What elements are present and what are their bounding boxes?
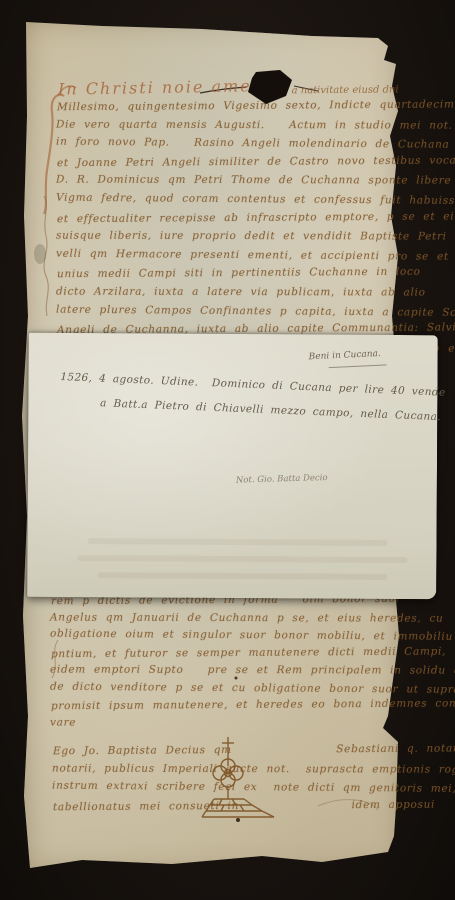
slip-summary-line-2: a Batt.a Pietro di Chiavelli mezzo campo… bbox=[100, 397, 441, 423]
opening-invocation: In Christi noie ame bbox=[58, 76, 252, 98]
manuscript-line: et Joanne Petri Angeli similiter de Cast… bbox=[57, 155, 401, 176]
manuscript-line: Die vero quarta mensis Augusti. Actum in… bbox=[56, 118, 400, 137]
edge-smudge bbox=[34, 244, 46, 264]
manuscript-line: obligatione oium et singulor suor bonor … bbox=[50, 628, 402, 648]
bleed-through-line bbox=[77, 555, 407, 563]
manuscript-line: eidem emptori Supto pre se et Rem princi… bbox=[50, 664, 402, 682]
bleed-through-line bbox=[88, 538, 388, 546]
manuscript-line: in foro novo Pap. Rasino Angeli molendin… bbox=[56, 136, 400, 157]
manuscript-line: Millesimo, quingentesimo Vigesimo sexto,… bbox=[57, 99, 401, 120]
notary-sign-icon bbox=[192, 733, 278, 825]
archival-slip: Beni in Cucana. 1526, 4 agosto. Udine. D… bbox=[27, 333, 438, 599]
manuscript-line: D. R. Dominicus qm Petri Thome de Cuchan… bbox=[56, 174, 400, 193]
slip-summary-line-1: 1526, 4 agosto. Udine. Dominico di Cucan… bbox=[60, 371, 446, 399]
manuscript-line: suisque liberis, iure proprio dedit et v… bbox=[56, 230, 400, 249]
manuscript-line: vare bbox=[50, 716, 402, 734]
slip-corner-underline bbox=[329, 364, 387, 368]
manuscript-line: pntium, et futuror se semper manutenere … bbox=[51, 645, 403, 665]
manuscript-line: Vigma fedre, quod coram contentus et con… bbox=[56, 192, 400, 213]
photograph-background: In Christi noie ame ano a nativitate eiu… bbox=[0, 0, 455, 900]
manuscript-line: et effectualiter recepisse ab infrascrip… bbox=[57, 210, 401, 231]
slip-corner-note: Beni in Cucana. bbox=[308, 349, 381, 362]
manuscript-line: unius medii Campi siti in pertinentiis C… bbox=[57, 266, 401, 287]
manuscript-line: promisit ipsum manutenere, et heredes eo… bbox=[51, 698, 403, 718]
manuscript-lower-block: rem p dictis de evictione in forma oim b… bbox=[50, 594, 402, 734]
manuscript-upper-block: Millesimo, quingentesimo Vigesimo sexto,… bbox=[56, 100, 400, 360]
manuscript-opening-row: In Christi noie ame ano a nativitate eiu… bbox=[58, 78, 398, 97]
manuscript-line: Angelus qm Januarii de Cuchanna p se, et… bbox=[50, 611, 402, 629]
manuscript-line: dicto Arzilara, iuxta a latere via publi… bbox=[56, 285, 400, 304]
slip-signature: Not. Gio. Batta Decio bbox=[236, 473, 328, 486]
bleed-through-line bbox=[97, 572, 387, 580]
